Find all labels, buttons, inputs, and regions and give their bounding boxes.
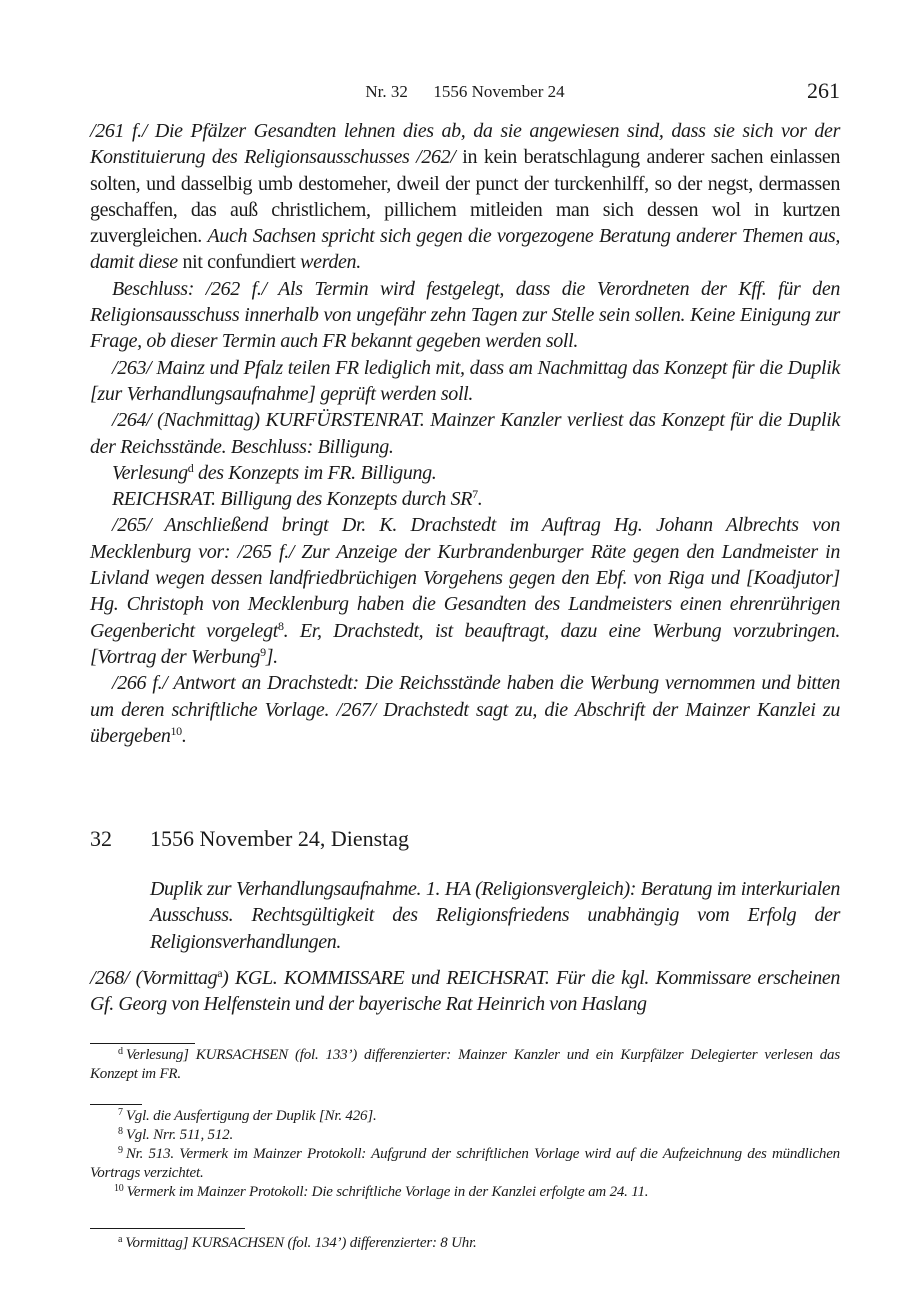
footnote-variant-d: dVerlesung] KURSACHSEN (fol. 133’) diffe… bbox=[90, 1046, 840, 1084]
paragraph-7: /265/ Anschließend bringt Dr. K. Drachst… bbox=[90, 512, 840, 670]
footnotes-numbered: 7Vgl. die Ausfertigung der Duplik [Nr. 4… bbox=[90, 1107, 840, 1202]
footnote-variant-a: aVormittag] KURSACHSEN (fol. 134’) diffe… bbox=[90, 1234, 840, 1253]
paragraph-4: /264/ (Nachmittag) KURFÜRSTENRAT. Mainze… bbox=[90, 407, 840, 460]
paragraph-5: Verlesungd des Konzepts im FR. Billigung… bbox=[90, 460, 840, 486]
page-number: 261 bbox=[807, 78, 840, 104]
paragraph-8: /266 f./ Antwort an Drachstedt: Die Reic… bbox=[90, 670, 840, 749]
footnote-divider bbox=[90, 1228, 245, 1229]
paragraph-2: Beschluss: /262 f./ Als Termin wird fest… bbox=[90, 276, 840, 355]
document-date: 1556 November 24, Dienstag bbox=[150, 826, 409, 852]
footnote-10: 10Vermerk im Mainzer Protokoll: Die schr… bbox=[90, 1183, 840, 1202]
footnote-8: 8Vgl. Nrr. 511, 512. bbox=[90, 1126, 840, 1145]
running-head: Nr. 32 1556 November 24 261 bbox=[90, 80, 840, 104]
footnote-9: 9Nr. 513. Vermerk im Mainzer Protokoll: … bbox=[90, 1145, 840, 1183]
footnote-ref-10[interactable]: 10 bbox=[171, 724, 182, 738]
paragraph-1: /261 f./ Die Pfälzer Gesandten lehnen di… bbox=[90, 118, 840, 276]
paragraph-6: REICHSRAT. Billigung des Konzepts durch … bbox=[90, 486, 840, 512]
footnote-divider bbox=[90, 1043, 195, 1044]
main-text: /261 f./ Die Pfälzer Gesandten lehnen di… bbox=[90, 118, 840, 749]
paragraph-3: /263/ Mainz und Pfalz teilen FR lediglic… bbox=[90, 355, 840, 408]
document-number: 32 bbox=[90, 826, 112, 852]
document-regest: Duplik zur Verhandlungsaufnahme. 1. HA (… bbox=[150, 876, 840, 955]
running-head-title: Nr. 32 1556 November 24 bbox=[90, 82, 840, 102]
footnote-7: 7Vgl. die Ausfertigung der Duplik [Nr. 4… bbox=[90, 1107, 840, 1126]
footnote-divider bbox=[90, 1104, 142, 1105]
document-text: /268/ (Vormittaga) KGL. KOMMISSARE und R… bbox=[90, 965, 840, 1018]
